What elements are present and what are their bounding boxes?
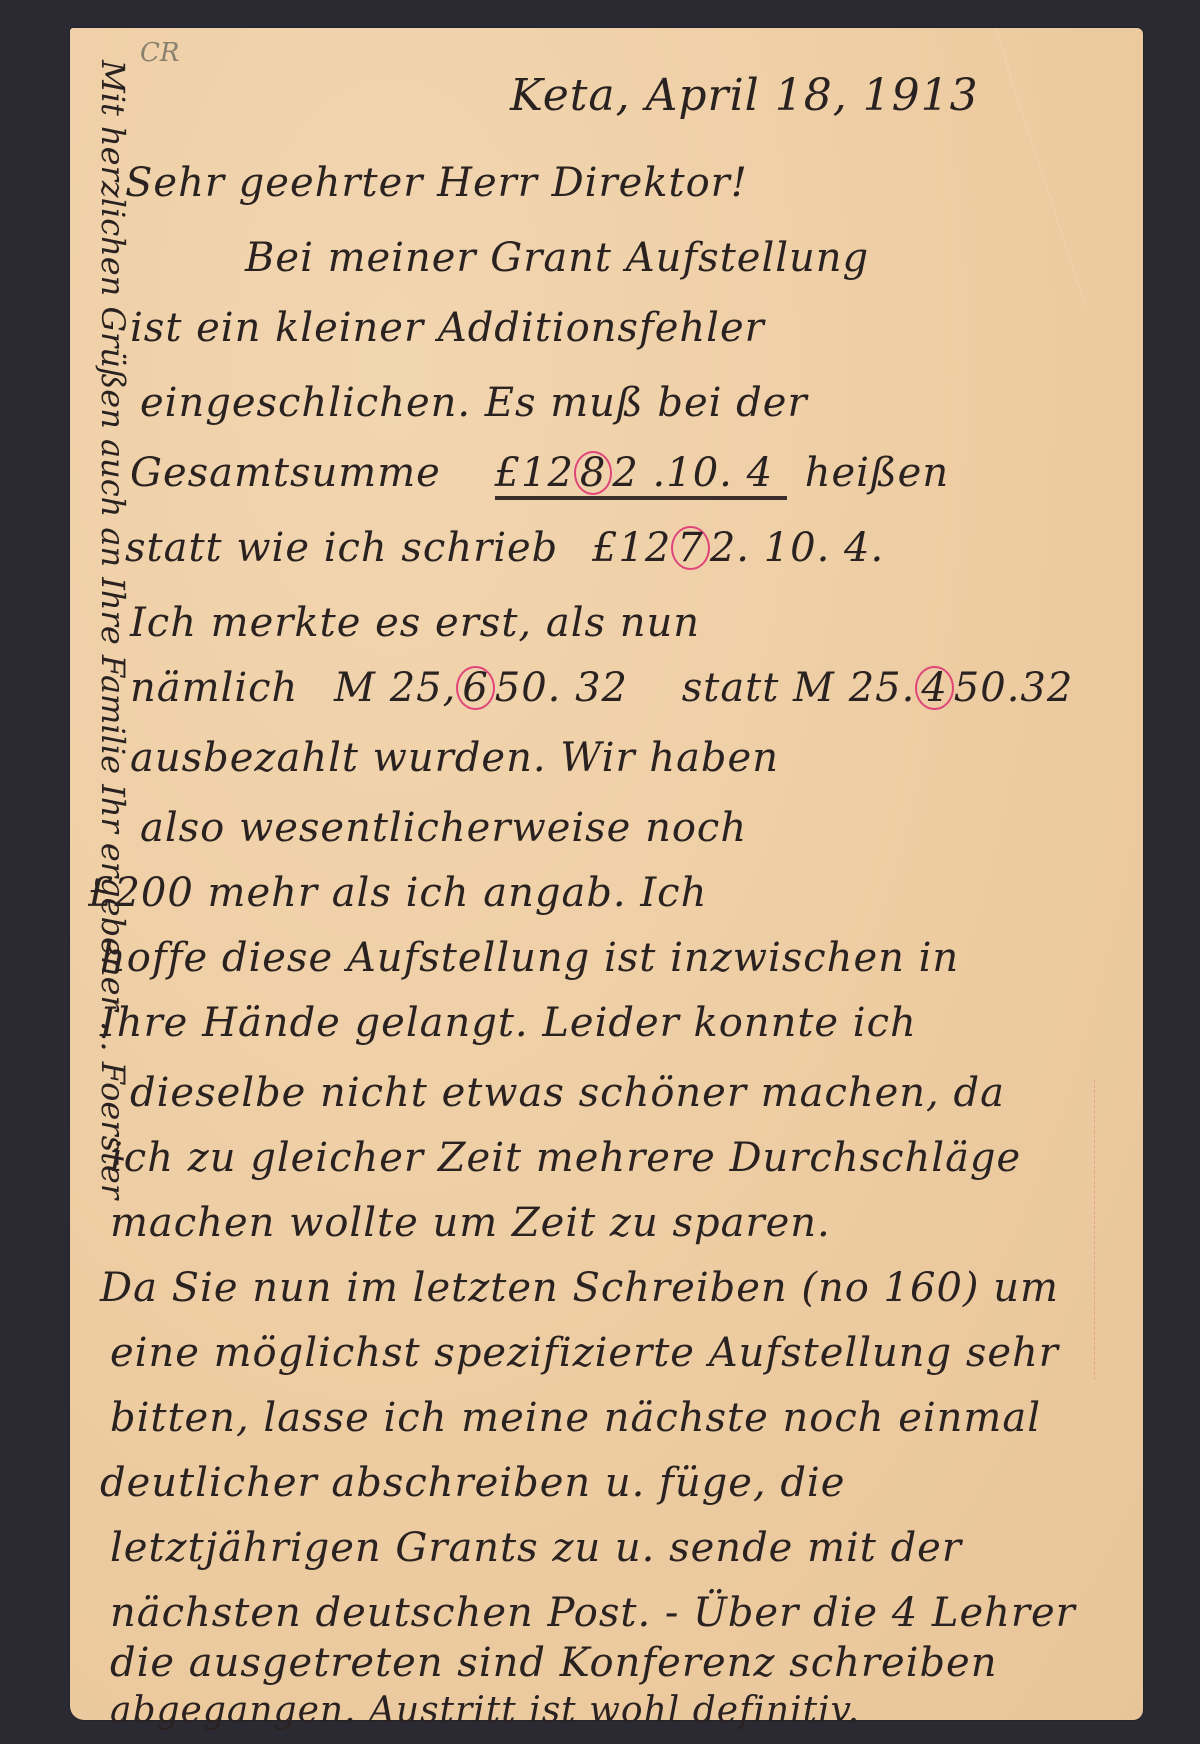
text-line: Da Sie nun im letzten Schreiben (no 160)… <box>100 1265 1059 1311</box>
text-line: eingeschlichen. Es muß bei der <box>140 380 808 426</box>
place-date: Keta, April 18, 1913 <box>510 70 979 121</box>
text-line: Ihre Hände gelangt. Leider konnte ich <box>100 1000 917 1046</box>
faint-red-line <box>1094 1080 1096 1380</box>
text-line: letztjährigen Grants zu u. sende mit der <box>110 1525 962 1571</box>
underlined-amount: £1282 .10. 4 <box>495 450 787 500</box>
text-line: ausbezahlt wurden. Wir haben <box>130 735 779 781</box>
text-line: Bei meiner Grant Aufstellung <box>245 235 869 281</box>
text-line: machen wollte um Zeit zu sparen. <box>110 1200 831 1246</box>
text-line: die ausgetreten sind Konferenz schreiben <box>110 1640 997 1686</box>
text-line: eine möglichst spezifizierte Aufstellung… <box>110 1330 1059 1376</box>
amount-line-paid: nämlich M 25,650. 32 statt M 25.450.32 <box>130 665 1073 711</box>
text-line: also wesentlicherweise noch <box>140 805 747 851</box>
text-line: deutlicher abschreiben u. füge, die <box>100 1460 845 1506</box>
text-line: hoffe diese Aufstellung ist inzwischen i… <box>100 935 959 981</box>
circled-digit: 6 <box>456 666 494 710</box>
text-fragment: statt wie ich schrieb <box>125 525 558 571</box>
text-line: ist ein kleiner Additionsfehler <box>130 305 765 351</box>
text-line: nächsten deutschen Post. - Über die 4 Le… <box>110 1590 1076 1636</box>
circled-digit: 8 <box>574 451 612 495</box>
circled-digit: 7 <box>671 526 709 570</box>
text-line: abgegangen. Austritt ist wohl definitiv. <box>110 1690 860 1731</box>
text-line: bitten, lasse ich meine nächste noch ein… <box>110 1395 1041 1441</box>
circled-digit: 4 <box>915 666 953 710</box>
text-line: Ich merkte es erst, als nun <box>130 600 700 646</box>
amount-line-wrong: statt wie ich schrieb £1272. 10. 4. <box>125 525 884 571</box>
pencil-note: CR <box>140 38 179 68</box>
amount-line-correct: Gesamtsumme £1282 .10. 4 heißen <box>130 450 949 496</box>
text-line: ich zu gleicher Zeit mehrere Durchschläg… <box>110 1135 1021 1181</box>
text-fragment: Gesamtsumme <box>130 450 441 496</box>
text-line: dieselbe nicht etwas schöner machen, da <box>130 1070 1005 1116</box>
salutation: Sehr geehrter Herr Direktor! <box>125 160 748 206</box>
text-line: £200 mehr als ich angab. Ich <box>88 870 707 916</box>
